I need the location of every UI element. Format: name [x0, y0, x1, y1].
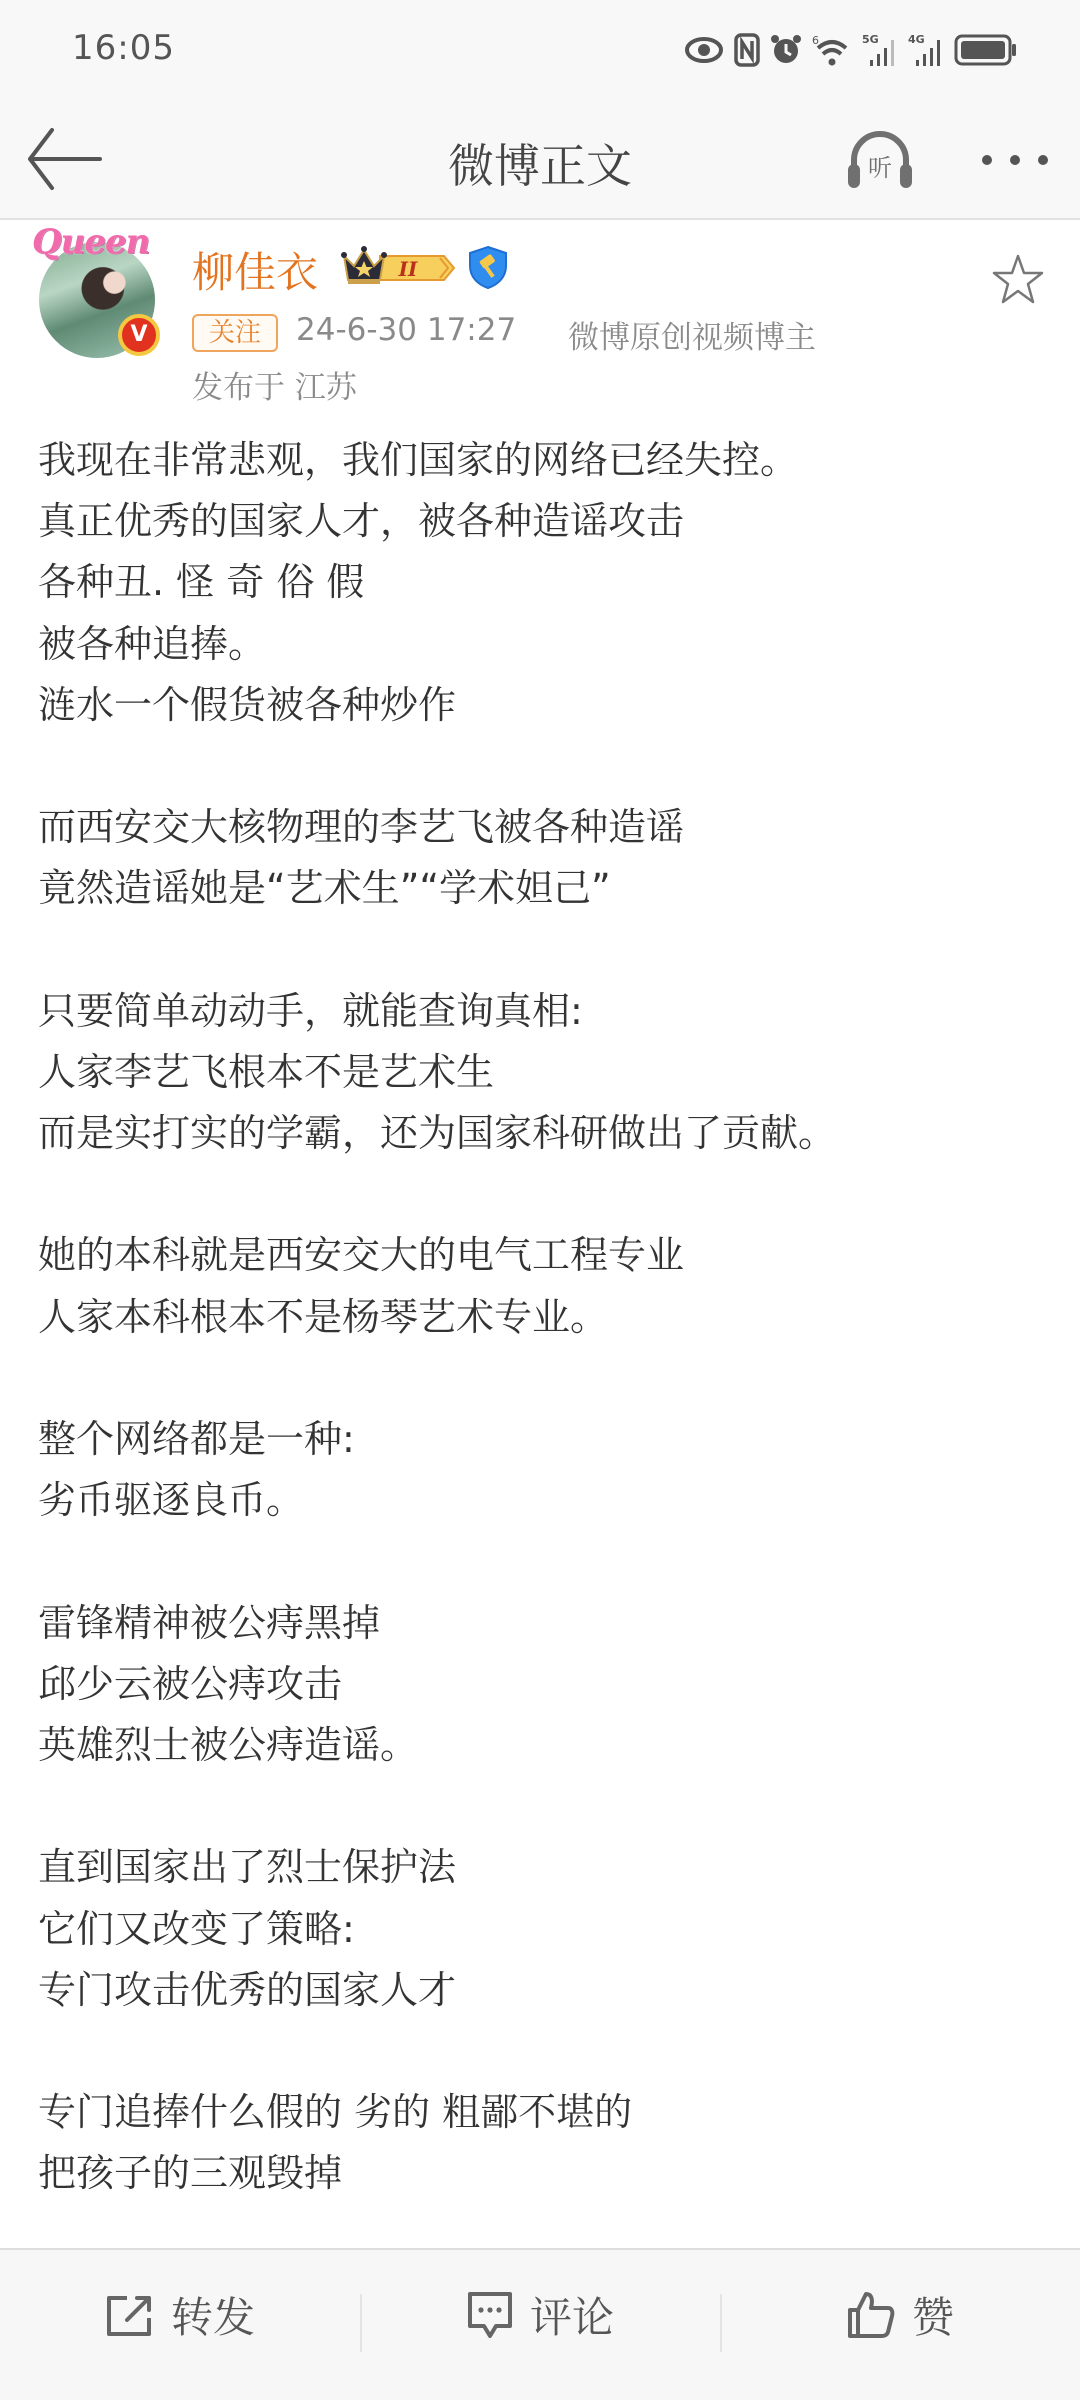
signal-4g-icon: 4G: [908, 32, 944, 68]
post-line-blank: [38, 2021, 1048, 2082]
listen-button[interactable]: 听: [840, 120, 920, 200]
post-location: 发布于 江苏: [192, 362, 357, 407]
post-line-blank: [38, 1531, 1048, 1592]
comment-label: 评论: [530, 2285, 614, 2345]
star-outline-icon: [990, 252, 1046, 308]
wifi-icon: 6: [812, 32, 852, 68]
like-label: 赞: [912, 2285, 954, 2345]
post-line: 而西安交大核物理的李艺飞被各种造谣: [38, 797, 1048, 858]
post-line: 它们又改变了策略:: [38, 1899, 1048, 1960]
post-line-blank: [38, 1776, 1048, 1837]
repost-button[interactable]: 转发: [0, 2250, 360, 2380]
more-button[interactable]: [975, 140, 1055, 180]
post-line: 被各种追捧。: [38, 614, 1048, 675]
more-dots-icon: [975, 140, 1055, 180]
post-line: 英雄烈士被公痔造谣。: [38, 1715, 1048, 1776]
post-header: Queen V 柳佳衣 II 关注 24-6-30 17:27 微博原创视频博主…: [0, 222, 1080, 422]
post-line: 雷锋精神被公痔黑掉: [38, 1593, 1048, 1654]
action-bar: 转发 评论 赞: [0, 2248, 1080, 2400]
post-line: 专门攻击优秀的国家人才: [38, 1960, 1048, 2021]
post-line: 把孩子的三观毁掉: [38, 2143, 1048, 2204]
post-line: 真正优秀的国家人才，被各种造谣攻击: [38, 491, 1048, 552]
post-line: 竟然造谣她是“艺术生”“学术妲己”: [38, 858, 1048, 919]
status-icons: 6 5G 4G: [684, 30, 1018, 70]
post-line: 我现在非常悲观，我们国家的网络已经失控。: [38, 430, 1048, 491]
post-line: 人家本科根本不是杨琴艺术专业。: [38, 1287, 1048, 1348]
favorite-button[interactable]: [990, 252, 1046, 308]
post-line: 专门追捧什么假的 劣的 粗鄙不堪的: [38, 2082, 1048, 2143]
post-line: 人家李艺飞根本不是艺术生: [38, 1042, 1048, 1103]
like-button[interactable]: 赞: [720, 2250, 1080, 2380]
post-line-blank: [38, 920, 1048, 981]
svg-text:5G: 5G: [862, 33, 879, 46]
author-name[interactable]: 柳佳衣: [192, 240, 318, 300]
post-line: 涟水一个假货被各种炒作: [38, 675, 1048, 736]
nav-bar: 微博正文 听: [0, 100, 1080, 220]
post-line: 她的本科就是西安交大的电气工程专业: [38, 1225, 1048, 1286]
shield-gavel-icon: [466, 244, 510, 290]
svg-text:6: 6: [812, 34, 819, 47]
avatar[interactable]: Queen V: [30, 222, 170, 362]
post-line-blank: [38, 1164, 1048, 1225]
post-line: 直到国家出了烈士保护法: [38, 1837, 1048, 1898]
alarm-icon: [770, 33, 802, 67]
post-line: 而是实打实的学霸，还为国家科研做出了贡献。: [38, 1103, 1048, 1164]
post-line: 整个网络都是一种:: [38, 1409, 1048, 1470]
repost-icon: [105, 2292, 155, 2338]
post-source: 微博原创视频博主: [568, 312, 816, 357]
post-timestamp: 24-6-30 17:27: [296, 312, 516, 348]
repost-label: 转发: [171, 2285, 255, 2345]
post-body: 我现在非常悲观，我们国家的网络已经失控。 真正优秀的国家人才，被各种造谣攻击 各…: [38, 430, 1048, 2204]
post-line-blank: [38, 1348, 1048, 1409]
svg-text:听: 听: [868, 154, 892, 182]
vip-level-badge[interactable]: II: [340, 244, 460, 290]
crown-icon: II: [340, 244, 460, 290]
eye-icon: [684, 35, 724, 65]
shield-gavel-badge[interactable]: [466, 244, 510, 290]
comment-button[interactable]: 评论: [360, 2250, 720, 2380]
post-line: 各种丑. 怪 奇 俗 假: [38, 552, 1048, 613]
verified-v-icon: V: [118, 314, 160, 356]
thumbs-up-icon: [846, 2290, 896, 2340]
post-line: 邱少云被公痔攻击: [38, 1654, 1048, 1715]
follow-button[interactable]: 关注: [192, 314, 278, 352]
status-time: 16:05: [72, 28, 175, 68]
svg-text:II: II: [398, 257, 418, 281]
avatar-frame-queen: Queen: [32, 222, 149, 262]
comment-icon: [466, 2290, 514, 2340]
signal-5g-icon: 5G: [862, 32, 898, 68]
post-line-blank: [38, 736, 1048, 797]
nfc-icon: [734, 33, 760, 67]
svg-text:4G: 4G: [908, 33, 925, 46]
post-line: 只要简单动动手，就能查询真相:: [38, 981, 1048, 1042]
battery-icon: [954, 33, 1018, 67]
headphones-listen-icon: 听: [840, 120, 920, 200]
status-bar: 16:05 6 5G 4G: [0, 0, 1080, 100]
post-line: 劣币驱逐良币。: [38, 1470, 1048, 1531]
